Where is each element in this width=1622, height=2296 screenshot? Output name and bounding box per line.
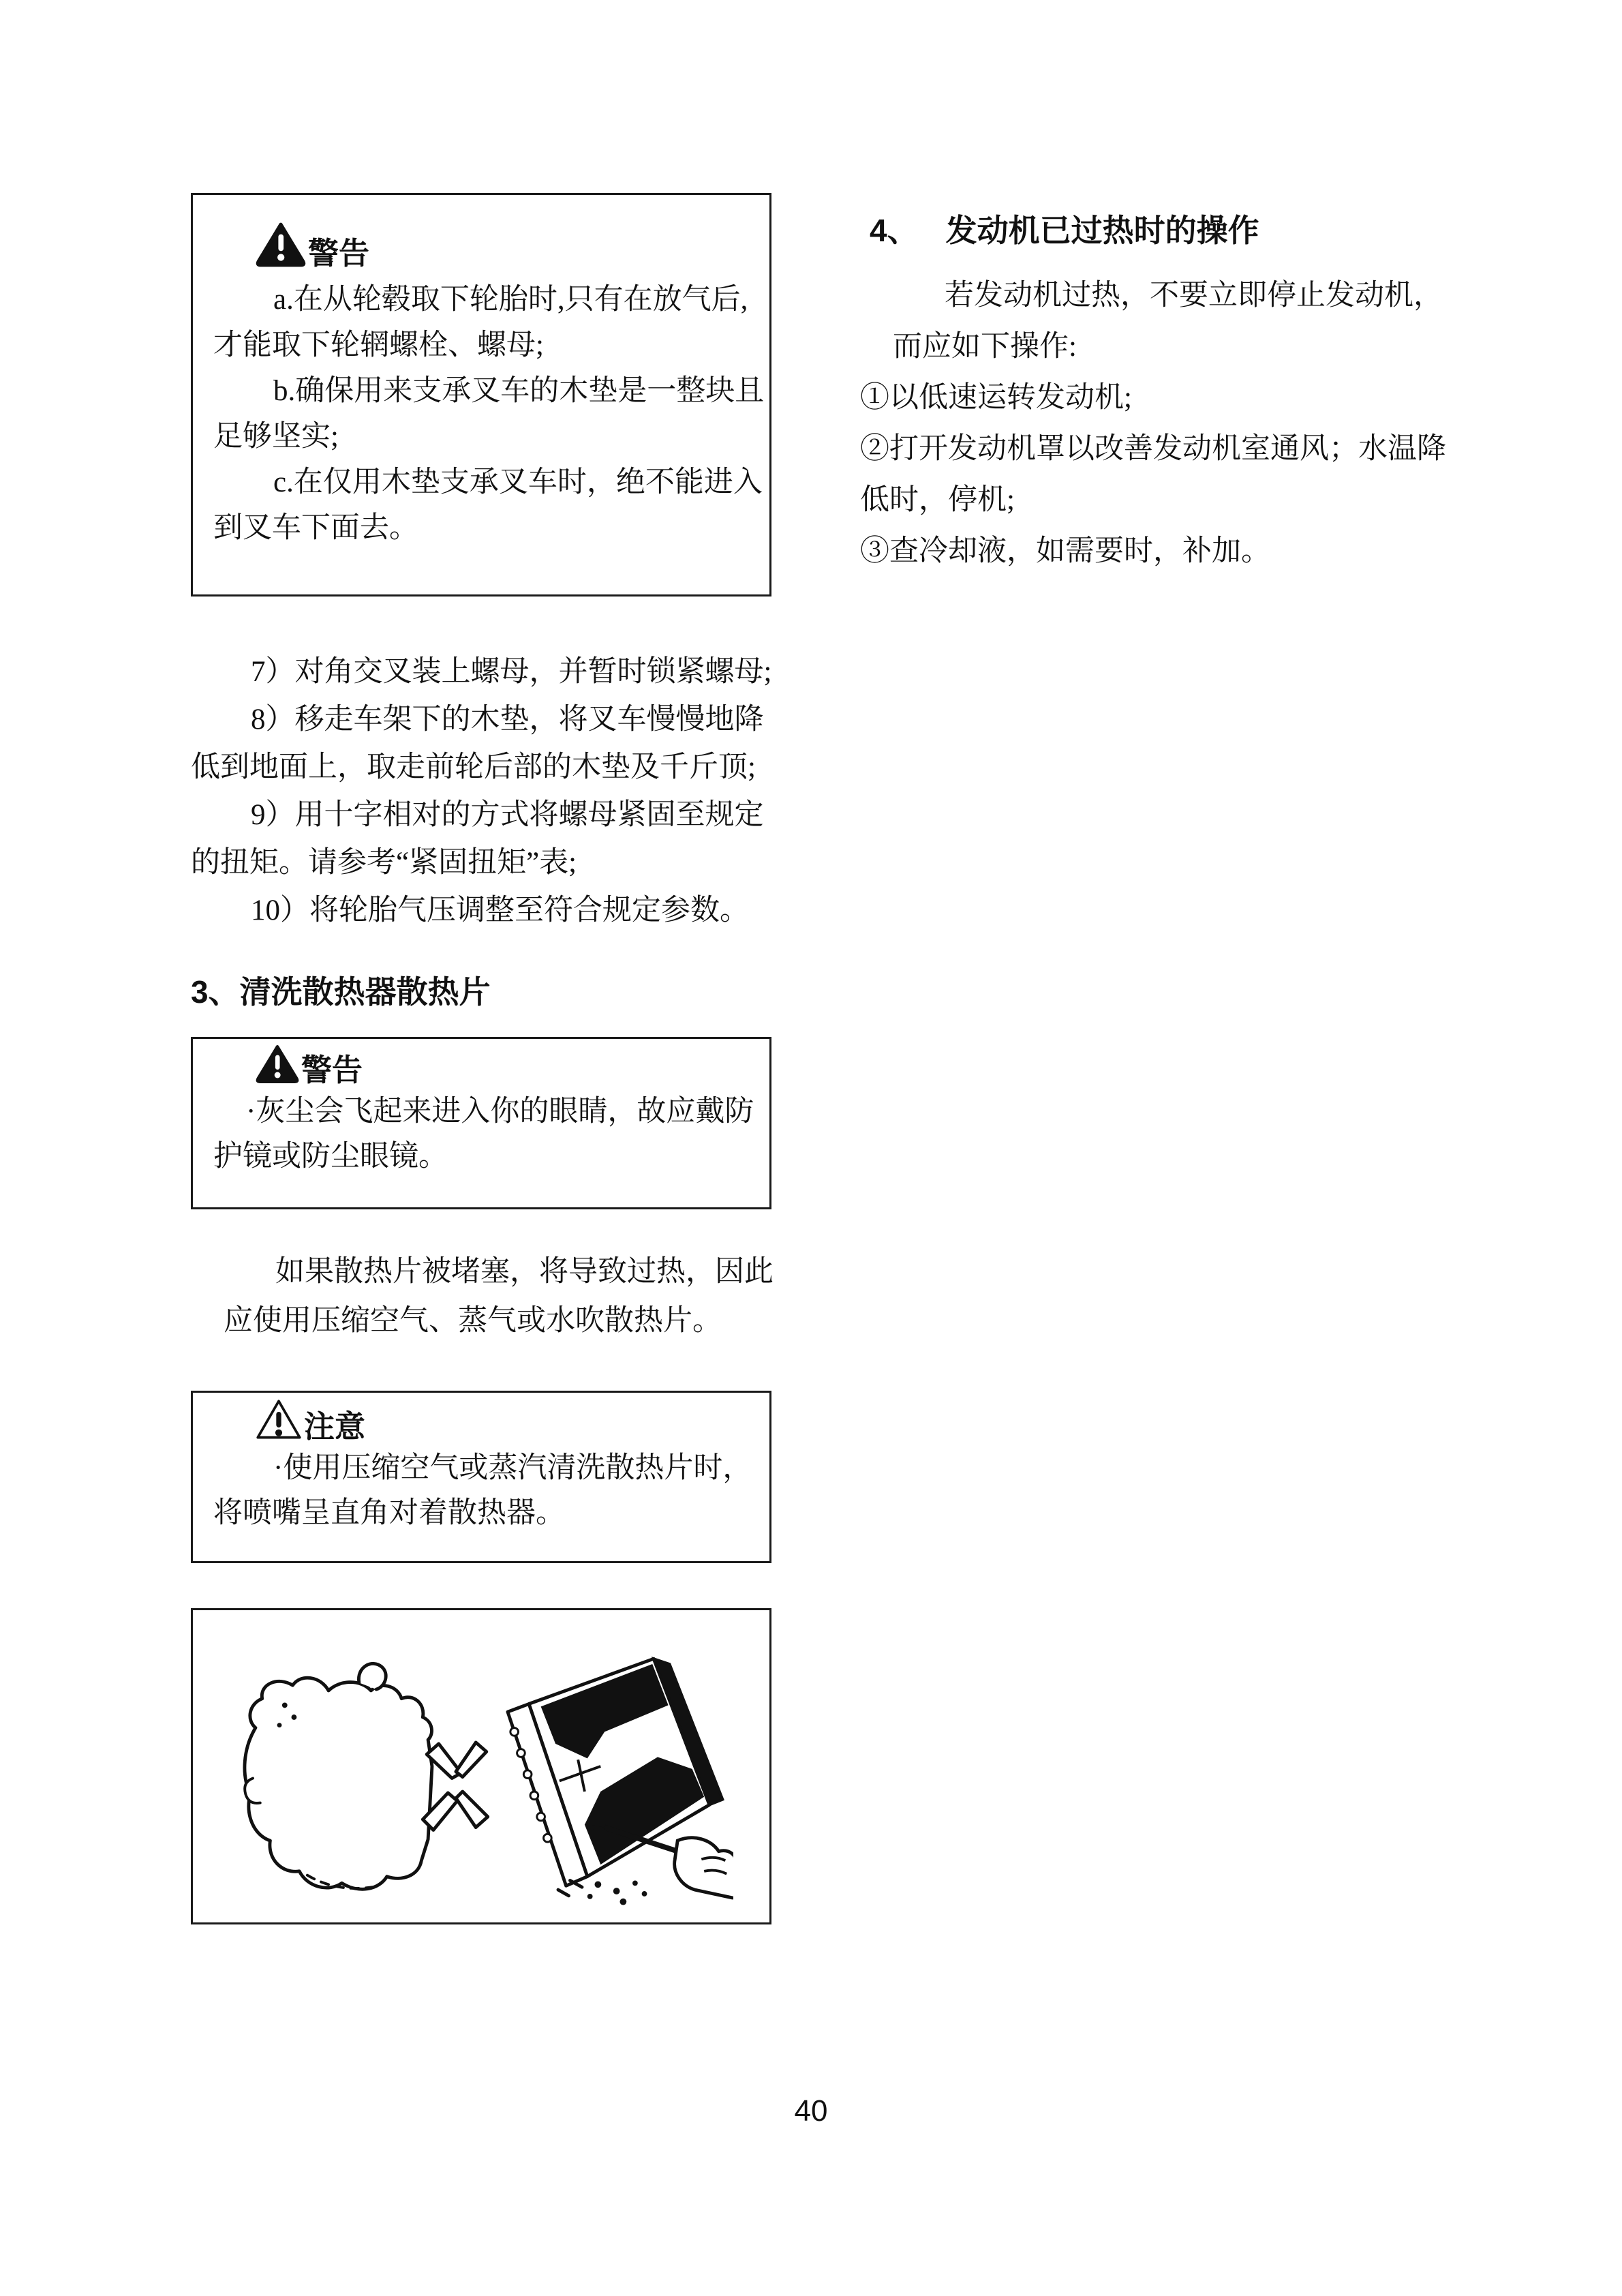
section-4-title: 发动机已过热时的操作 <box>946 210 1259 251</box>
caution-triangle-icon <box>256 1398 302 1440</box>
warning-title: 警告 <box>301 1056 363 1084</box>
page-number: 40 <box>0 2094 1622 2128</box>
text-line: b.确保用来支承叉车的木垫是一整块且 <box>213 368 752 414</box>
text-line: ①以低速运转发动机; <box>860 372 1473 423</box>
warning-header: 警告 <box>256 222 752 267</box>
left-column: 警告 a.在从轮毂取下轮胎时,只有在放气后,才能取下轮辋螺栓、螺母;b.确保用来… <box>191 193 771 1924</box>
text-line: ②打开发动机罩以改善发动机室通风；水温降 <box>860 423 1473 474</box>
text-line: 的扭矩。请参考“紧固扭矩”表; <box>191 839 771 887</box>
text-line: 10）将轮胎气压调整至符合规定参数。 <box>191 887 771 935</box>
text-line: ·使用压缩空气或蒸汽清洗散热片时， <box>213 1446 752 1491</box>
text-line: 足够坚实; <box>213 414 752 459</box>
figure-box <box>191 1608 771 1924</box>
steps-text: 7）对角交叉装上螺母，并暂时锁紧螺母;8）移走车架下的木垫，将叉车慢慢地降低到地… <box>191 648 771 935</box>
text-line: 如果散热片被堵塞，将导致过热，因此 <box>191 1248 771 1297</box>
text-line: 应使用压缩空气、蒸气或水吹散热片。 <box>191 1297 771 1346</box>
text-line: 低时，停机; <box>860 474 1473 526</box>
section-4-number: 4、 <box>870 210 919 251</box>
text-line: c.在仅用木垫支承叉车时，绝不能进入 <box>213 459 752 505</box>
warning-box-top: 警告 a.在从轮毂取下轮胎时,只有在放气后,才能取下轮辋螺栓、螺母;b.确保用来… <box>191 193 771 596</box>
text-line: a.在从轮毂取下轮胎时,只有在放气后, <box>213 277 752 322</box>
text-line: 到叉车下面去。 <box>213 505 752 551</box>
text-line: ·灰尘会飞起来进入你的眼睛，故应戴防 <box>213 1089 752 1134</box>
warning-box-mid-text: ·灰尘会飞起来进入你的眼睛，故应戴防护镜或防尘眼镜。 <box>213 1089 752 1179</box>
text-line: 才能取下轮辋螺栓、螺母; <box>213 322 752 368</box>
text-line: ③查冷却液，如需要时，补加。 <box>860 526 1473 577</box>
warning-header: 警告 <box>256 1044 752 1084</box>
warning-triangle-icon <box>256 1044 299 1084</box>
caution-title: 注意 <box>304 1413 365 1440</box>
text-line: 而应如下操作: <box>860 321 1473 372</box>
text-line: 9）用十字相对的方式将螺母紧固至规定 <box>191 791 771 839</box>
text-line: 将喷嘴呈直角对着散热器。 <box>213 1491 752 1536</box>
manual-page: 警告 a.在从轮毂取下轮胎时,只有在放气后,才能取下轮辋螺栓、螺母;b.确保用来… <box>0 0 1622 2296</box>
text-line: 若发动机过热，不要立即停止发动机， <box>860 270 1473 321</box>
caution-header: 注意 <box>256 1398 752 1440</box>
radiator-paragraph: 如果散热片被堵塞，将导致过热，因此应使用压缩空气、蒸气或水吹散热片。 <box>191 1248 771 1346</box>
caution-box-text: ·使用压缩空气或蒸汽清洗散热片时，将喷嘴呈直角对着散热器。 <box>213 1446 752 1536</box>
text-line: 护镜或防尘眼镜。 <box>213 1134 752 1179</box>
text-line: 7）对角交叉装上螺母，并暂时锁紧螺母; <box>191 648 771 696</box>
text-line: 低到地面上，取走前轮后部的木垫及千斤顶; <box>191 744 771 791</box>
warning-box-top-text: a.在从轮毂取下轮胎时,只有在放气后,才能取下轮辋螺栓、螺母;b.确保用来支承叉… <box>213 277 752 551</box>
warning-title: 警告 <box>308 239 369 267</box>
radiator-cleaning-illustration <box>229 1623 733 1909</box>
text-line: 8）移走车架下的木垫，将叉车慢慢地降 <box>191 696 771 744</box>
overheat-paragraph: 若发动机过热，不要立即停止发动机，而应如下操作:①以低速运转发动机;②打开发动机… <box>860 270 1473 577</box>
warning-triangle-icon <box>256 222 306 267</box>
caution-box: 注意 ·使用压缩空气或蒸汽清洗散热片时，将喷嘴呈直角对着散热器。 <box>191 1391 771 1563</box>
section-3-heading: 3、清洗散热器散热片 <box>191 973 771 1011</box>
right-column: 4、 发动机已过热时的操作 若发动机过热，不要立即停止发动机，而应如下操作:①以… <box>860 210 1473 577</box>
warning-box-mid: 警告 ·灰尘会飞起来进入你的眼睛，故应戴防护镜或防尘眼镜。 <box>191 1037 771 1209</box>
section-4-heading: 4、 发动机已过热时的操作 <box>870 210 1473 251</box>
